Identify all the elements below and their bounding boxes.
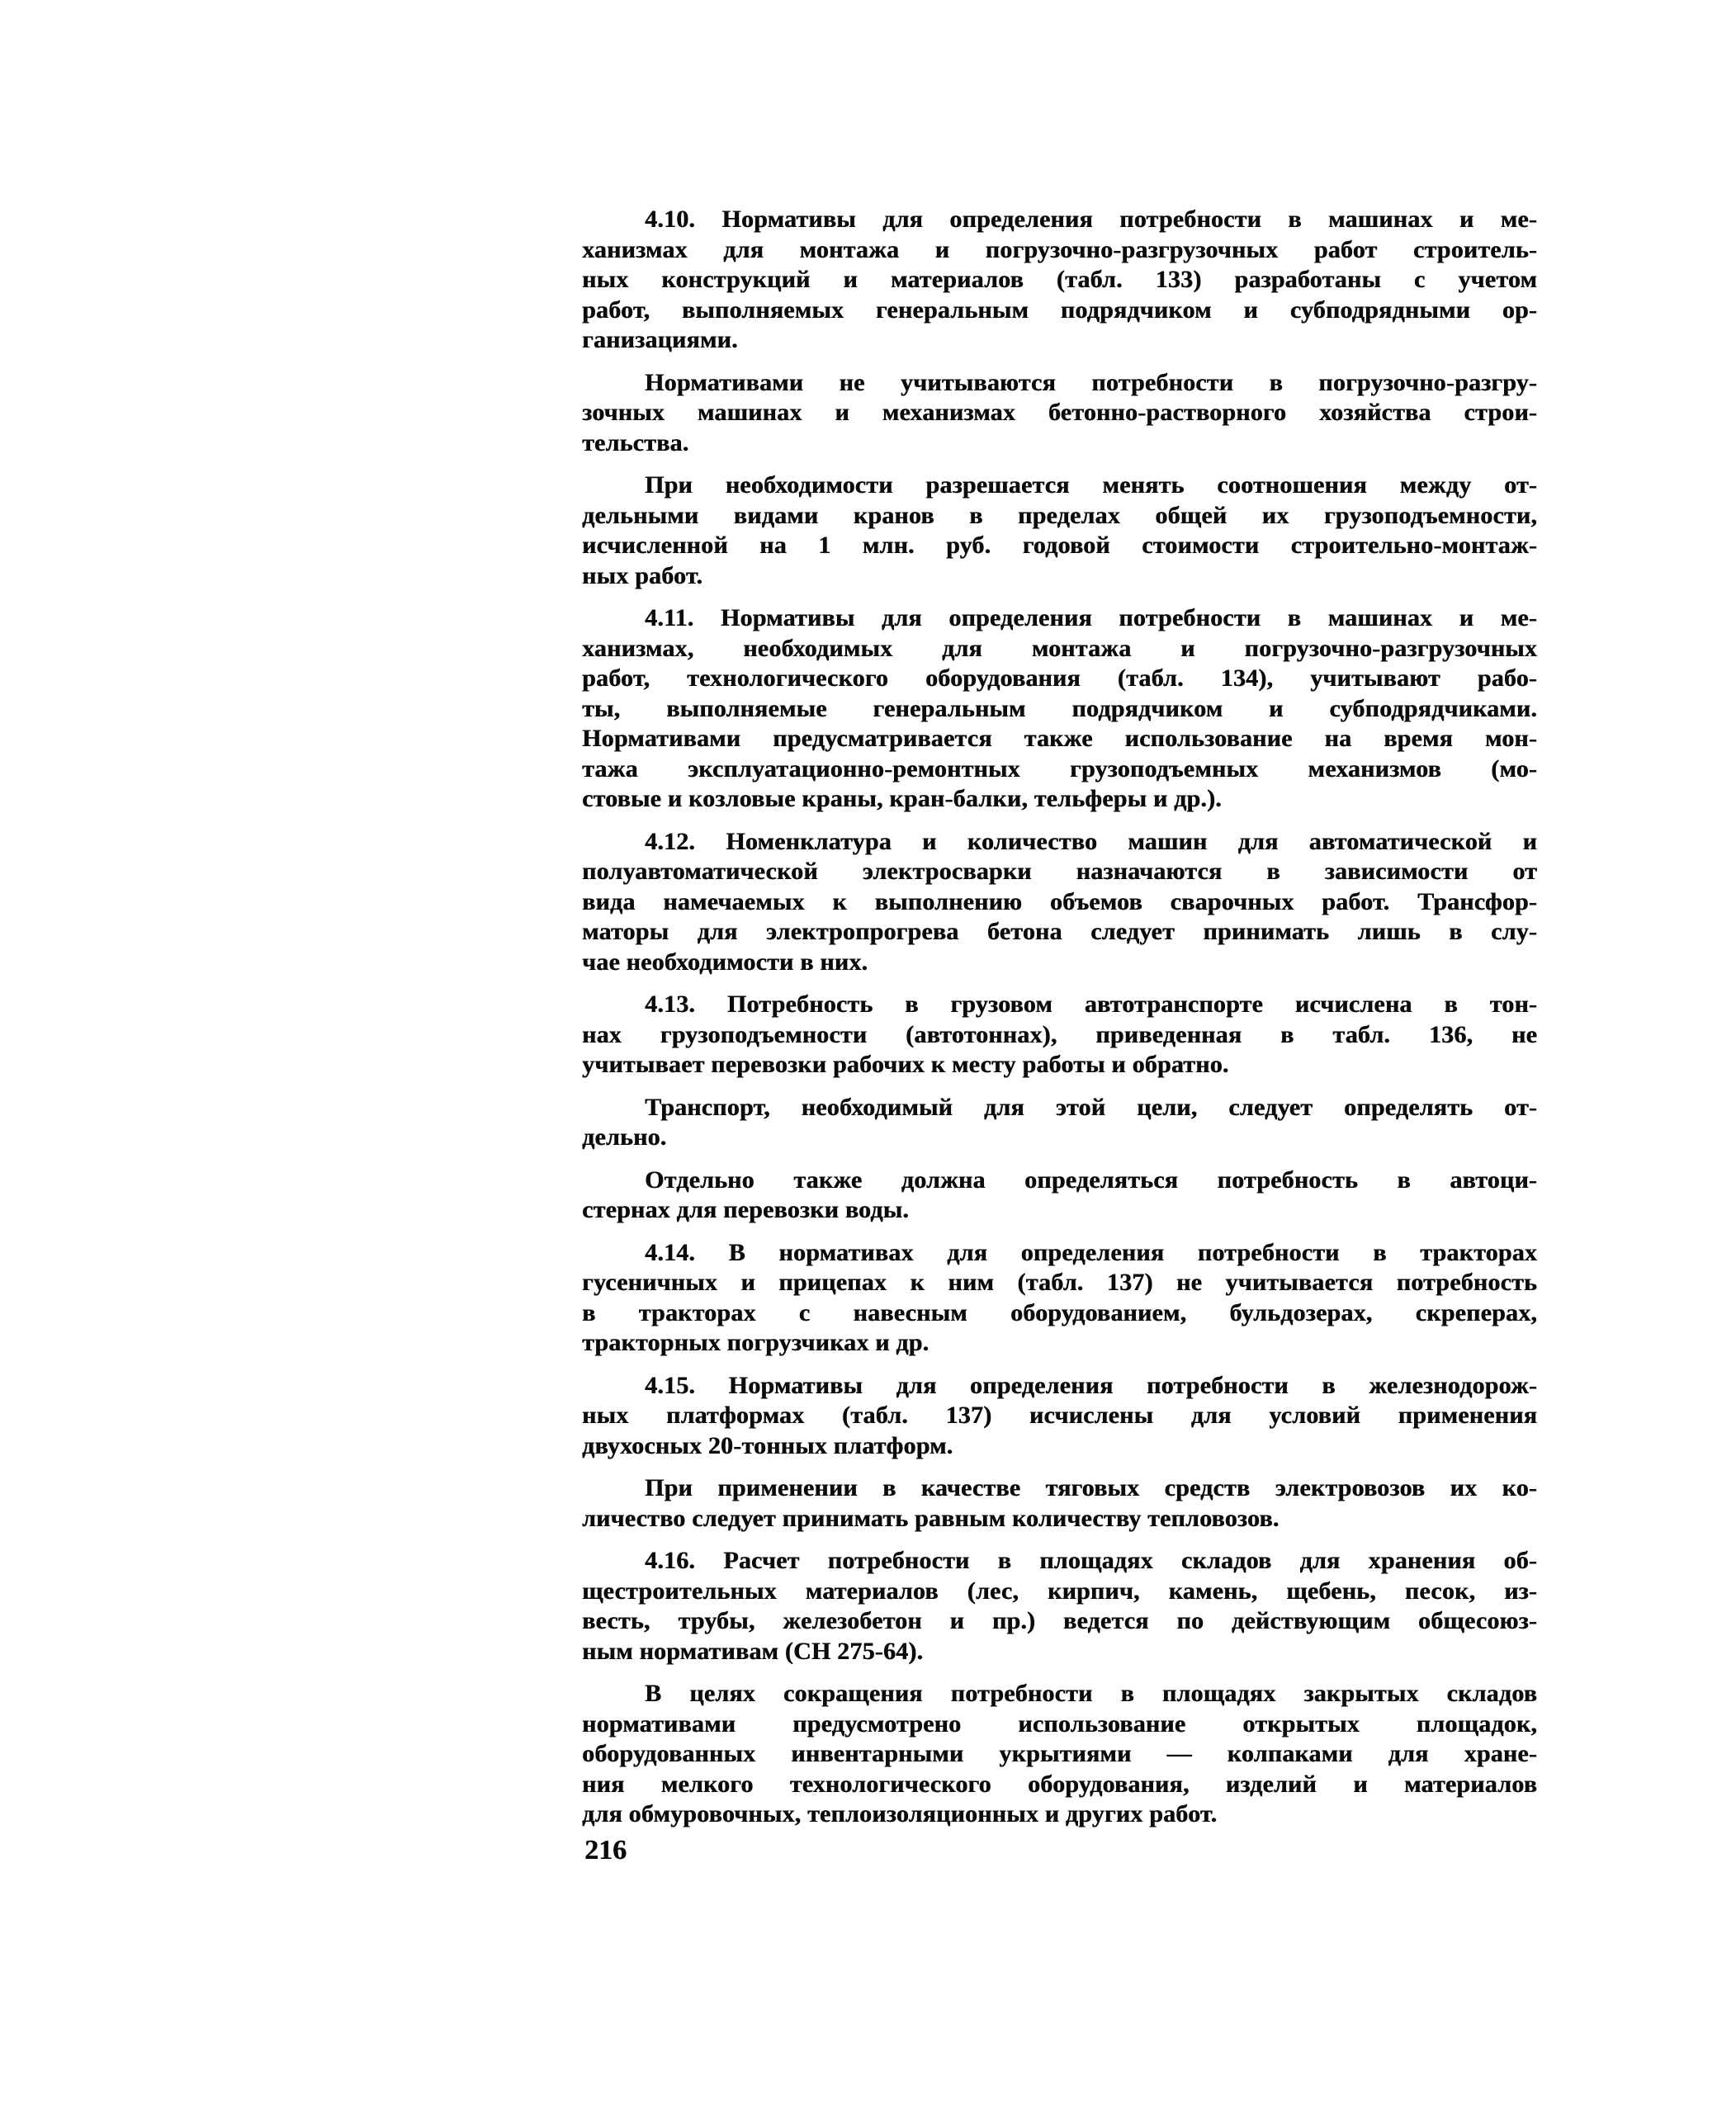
text-line: 4.10. Нормативы для определения потребно… xyxy=(582,205,1537,235)
text-line: работ, выполняемых генеральным подрядчик… xyxy=(582,296,1537,326)
text-line: стернах для перевозки воды. xyxy=(582,1195,1537,1226)
text-line: стовые и козловые краны, кран-балки, тел… xyxy=(582,784,1537,815)
paragraph: 4.12. Номенклатура и количество машин дл… xyxy=(582,827,1537,978)
text-line: работ, технологического оборудования (та… xyxy=(582,664,1537,694)
text-line: 4.15. Нормативы для определения потребно… xyxy=(582,1371,1537,1402)
text-line: учитывает перевозки рабочих к месту рабо… xyxy=(582,1050,1537,1080)
text-line: ным нормативам (СН 275-64). xyxy=(582,1637,1537,1667)
text-line: Нормативами предусматривается также испо… xyxy=(582,724,1537,754)
text-line: 4.13. Потребность в грузовом автотранспо… xyxy=(582,990,1537,1020)
page-number: 216 xyxy=(584,1834,627,1867)
paragraph: 4.11. Нормативы для определения потребно… xyxy=(582,603,1537,815)
paragraph: 4.15. Нормативы для определения потребно… xyxy=(582,1371,1537,1462)
text-line: чае необходимости в них. xyxy=(582,948,1537,978)
text-line: ханизмах, необходимых для монтажа и погр… xyxy=(582,634,1537,664)
text-line: Транспорт, необходимый для этой цели, сл… xyxy=(582,1093,1537,1123)
text-line: исчисленной на 1 млн. руб. годовой стоим… xyxy=(582,531,1537,561)
paragraph: При необходимости разрешается менять соо… xyxy=(582,470,1537,591)
paragraph: В целях сокращения потребности в площадя… xyxy=(582,1679,1537,1830)
text-line: вида намечаемых к выполнению объемов сва… xyxy=(582,887,1537,918)
text-line: тельства. xyxy=(582,428,1537,459)
text-line: в тракторах с навесным оборудованием, бу… xyxy=(582,1298,1537,1329)
text-line: ных конструкций и материалов (табл. 133)… xyxy=(582,265,1537,296)
text-line: полуавтоматической электросварки назнача… xyxy=(582,857,1537,887)
text-line: 4.14. В нормативах для определения потре… xyxy=(582,1238,1537,1269)
text-line: 4.12. Номенклатура и количество машин дл… xyxy=(582,827,1537,858)
text-line: ния мелкого технологического оборудовани… xyxy=(582,1770,1537,1800)
text-line: ганизациями. xyxy=(582,325,1537,356)
paragraph: При применении в качестве тяговых средст… xyxy=(582,1473,1537,1534)
text-line: для обмуровочных, теплоизоляционных и др… xyxy=(582,1799,1537,1830)
paragraph: 4.13. Потребность в грузовом автотранспо… xyxy=(582,990,1537,1080)
text-line: ты, выполняемые генеральным подрядчиком … xyxy=(582,694,1537,725)
text-line: щестроительных материалов (лес, кирпич, … xyxy=(582,1577,1537,1607)
paragraph: 4.10. Нормативы для определения потребно… xyxy=(582,205,1537,356)
paragraph: 4.14. В нормативах для определения потре… xyxy=(582,1238,1537,1359)
text-line: При применении в качестве тяговых средст… xyxy=(582,1473,1537,1504)
paragraph: 4.16. Расчет потребности в площадях скла… xyxy=(582,1546,1537,1667)
text-line: маторы для электропрогрева бетона следуе… xyxy=(582,917,1537,948)
paragraph: Отдельно также должна определяться потре… xyxy=(582,1166,1537,1226)
text-line: тракторных погрузчиках и др. xyxy=(582,1328,1537,1359)
document-page: 4.10. Нормативы для определения потребно… xyxy=(0,0,1736,2123)
paragraph: Нормативами не учитываются потребности в… xyxy=(582,368,1537,459)
text-line: весть, трубы, железобетон и пр.) ведется… xyxy=(582,1606,1537,1637)
text-line: При необходимости разрешается менять соо… xyxy=(582,470,1537,501)
text-line: 4.16. Расчет потребности в площадях скла… xyxy=(582,1546,1537,1577)
text-line: нормативами предусмотрено использование … xyxy=(582,1709,1537,1740)
text-line: ных платформах (табл. 137) исчислены для… xyxy=(582,1401,1537,1431)
text-line: ных работ. xyxy=(582,561,1537,592)
text-line: тажа эксплуатационно-ремонтных грузоподъ… xyxy=(582,754,1537,785)
text-line: зочных машинах и механизмах бетонно-раст… xyxy=(582,398,1537,428)
text-line: дельными видами кранов в пределах общей … xyxy=(582,501,1537,532)
paragraph: Транспорт, необходимый для этой цели, сл… xyxy=(582,1093,1537,1153)
text-line: Нормативами не учитываются потребности в… xyxy=(582,368,1537,399)
text-line: 4.11. Нормативы для определения потребно… xyxy=(582,603,1537,634)
text-line: оборудованных инвентарными укрытиями — к… xyxy=(582,1739,1537,1770)
text-line: В целях сокращения потребности в площадя… xyxy=(582,1679,1537,1709)
text-line: двухосных 20-тонных платформ. xyxy=(582,1431,1537,1462)
text-line: гусеничных и прицепах к ним (табл. 137) … xyxy=(582,1268,1537,1298)
text-line: Отдельно также должна определяться потре… xyxy=(582,1166,1537,1196)
text-line: ханизмах для монтажа и погрузочно-разгру… xyxy=(582,235,1537,266)
text-block: 4.10. Нормативы для определения потребно… xyxy=(582,205,1537,1842)
text-line: дельно. xyxy=(582,1123,1537,1153)
text-line: нах грузоподъемности (автотоннах), приве… xyxy=(582,1020,1537,1051)
text-line: личество следует принимать равным количе… xyxy=(582,1504,1537,1534)
